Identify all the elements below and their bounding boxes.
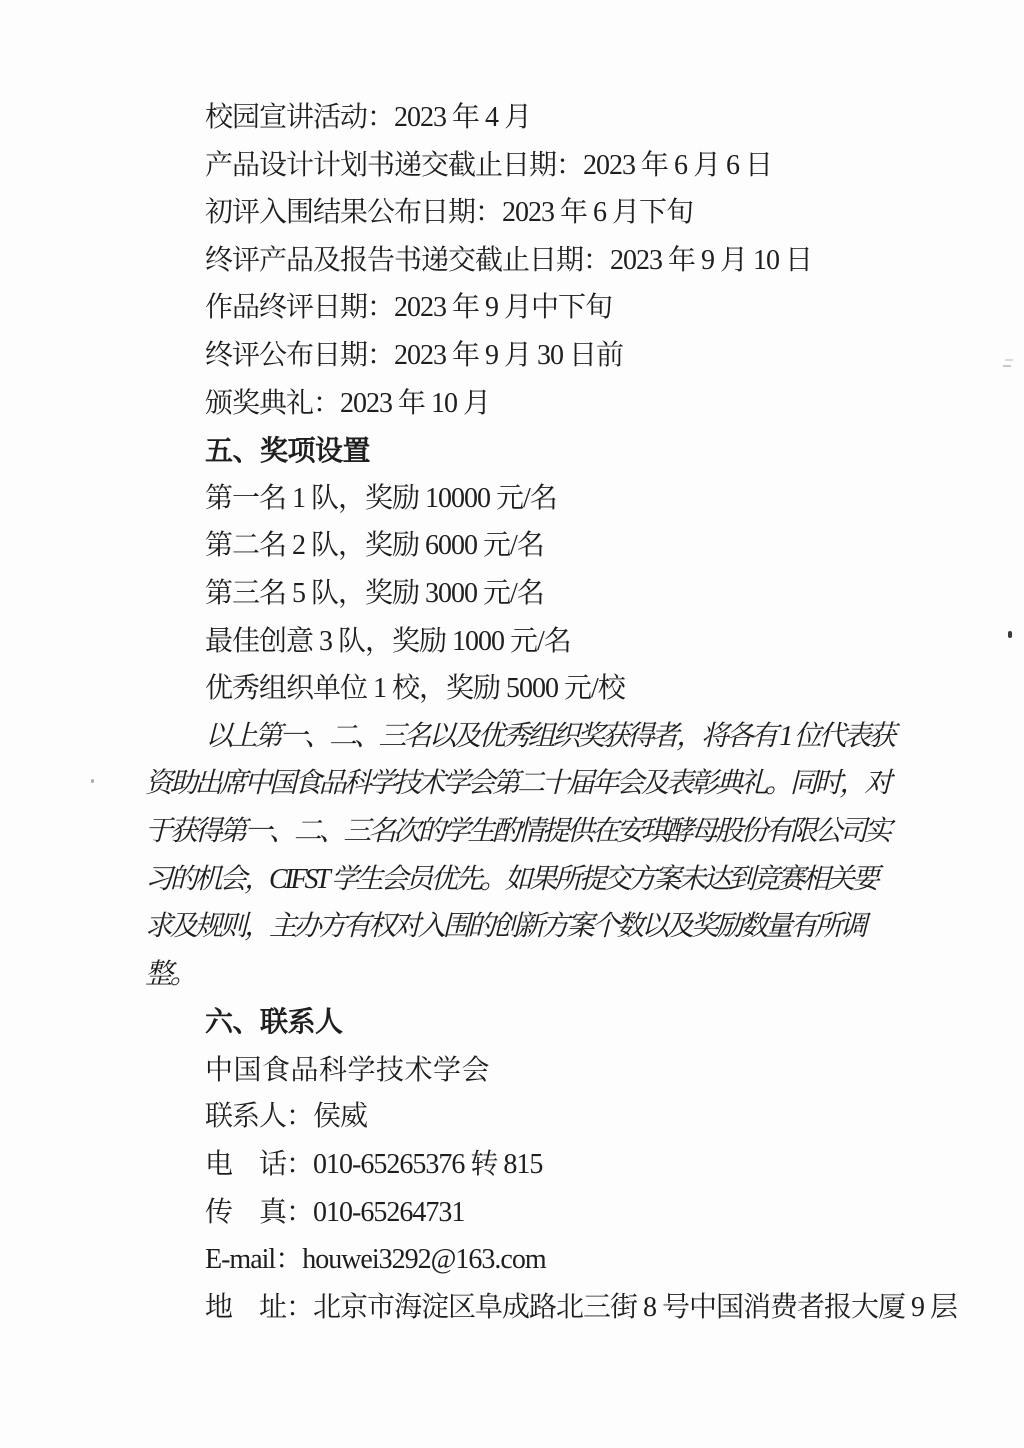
- award-line: 最佳创意 3 队，奖励 1000 元/名: [145, 618, 905, 666]
- award-line: 第一名 1 队，奖励 10000 元/名: [145, 475, 905, 523]
- award-line: 第三名 5 队，奖励 3000 元/名: [145, 570, 905, 618]
- note-paragraph-line: 资助出席中国食品科学技术学会第二十届年会及表彰典礼。同时，对: [145, 760, 905, 808]
- section-heading-awards: 五、奖项设置: [145, 427, 905, 475]
- document-body: 校园宣讲活动：2023 年 4 月 产品设计计划书递交截止日期：2023 年 6…: [145, 94, 905, 1331]
- schedule-line: 产品设计计划书递交截止日期：2023 年 6 月 6 日: [145, 142, 905, 190]
- schedule-line: 颁奖典礼：2023 年 10 月: [145, 380, 905, 428]
- schedule-line: 初评入围结果公布日期：2023 年 6 月下旬: [145, 189, 905, 237]
- award-line: 第二名 2 队，奖励 6000 元/名: [145, 522, 905, 570]
- award-line: 优秀组织单位 1 校，奖励 5000 元/校: [145, 665, 905, 713]
- schedule-line: 校园宣讲活动：2023 年 4 月: [145, 94, 905, 142]
- contact-line: 联系人：侯威: [145, 1093, 905, 1141]
- scan-artifact-3: [91, 779, 94, 783]
- scan-artifact-2: [1008, 631, 1012, 638]
- schedule-line: 作品终评日期：2023 年 9 月中下旬: [145, 284, 905, 332]
- note-paragraph-line: 习的机会，CIFST 学生会员优先。如果所提交方案未达到竞赛相关要: [145, 856, 905, 904]
- contact-line: 地 址：北京市海淀区阜成路北三街 8 号中国消费者报大厦 9 层: [145, 1284, 905, 1332]
- section-heading-contact: 六、联系人: [145, 998, 905, 1046]
- contact-line: 电 话：010-65265376 转 815: [145, 1141, 905, 1189]
- note-paragraph-line: 求及规则，主办方有权对入围的创新方案个数以及奖励数量有所调: [145, 903, 905, 951]
- note-paragraph-line: 以上第一、二、三名以及优秀组织奖获得者，将各有 1 位代表获: [145, 713, 905, 761]
- note-paragraph-line: 于获得第一、二、三名次的学生酌情提供在安琪酵母股份有限公司实: [145, 808, 905, 856]
- contact-line: E-mail：houwei3292@163.com: [145, 1236, 905, 1284]
- note-paragraph-line: 整。: [145, 951, 905, 999]
- organization-name: 中国食品科学技术学会: [145, 1046, 905, 1094]
- contact-line: 传 真：010-65264731: [145, 1189, 905, 1237]
- schedule-line: 终评产品及报告书递交截止日期：2023 年 9 月 10 日: [145, 237, 905, 285]
- document-page: 校园宣讲活动：2023 年 4 月 产品设计计划书递交截止日期：2023 年 6…: [0, 0, 1024, 1448]
- schedule-line: 终评公布日期：2023 年 9 月 30 日前: [145, 332, 905, 380]
- scan-artifact-1: [1003, 365, 1011, 367]
